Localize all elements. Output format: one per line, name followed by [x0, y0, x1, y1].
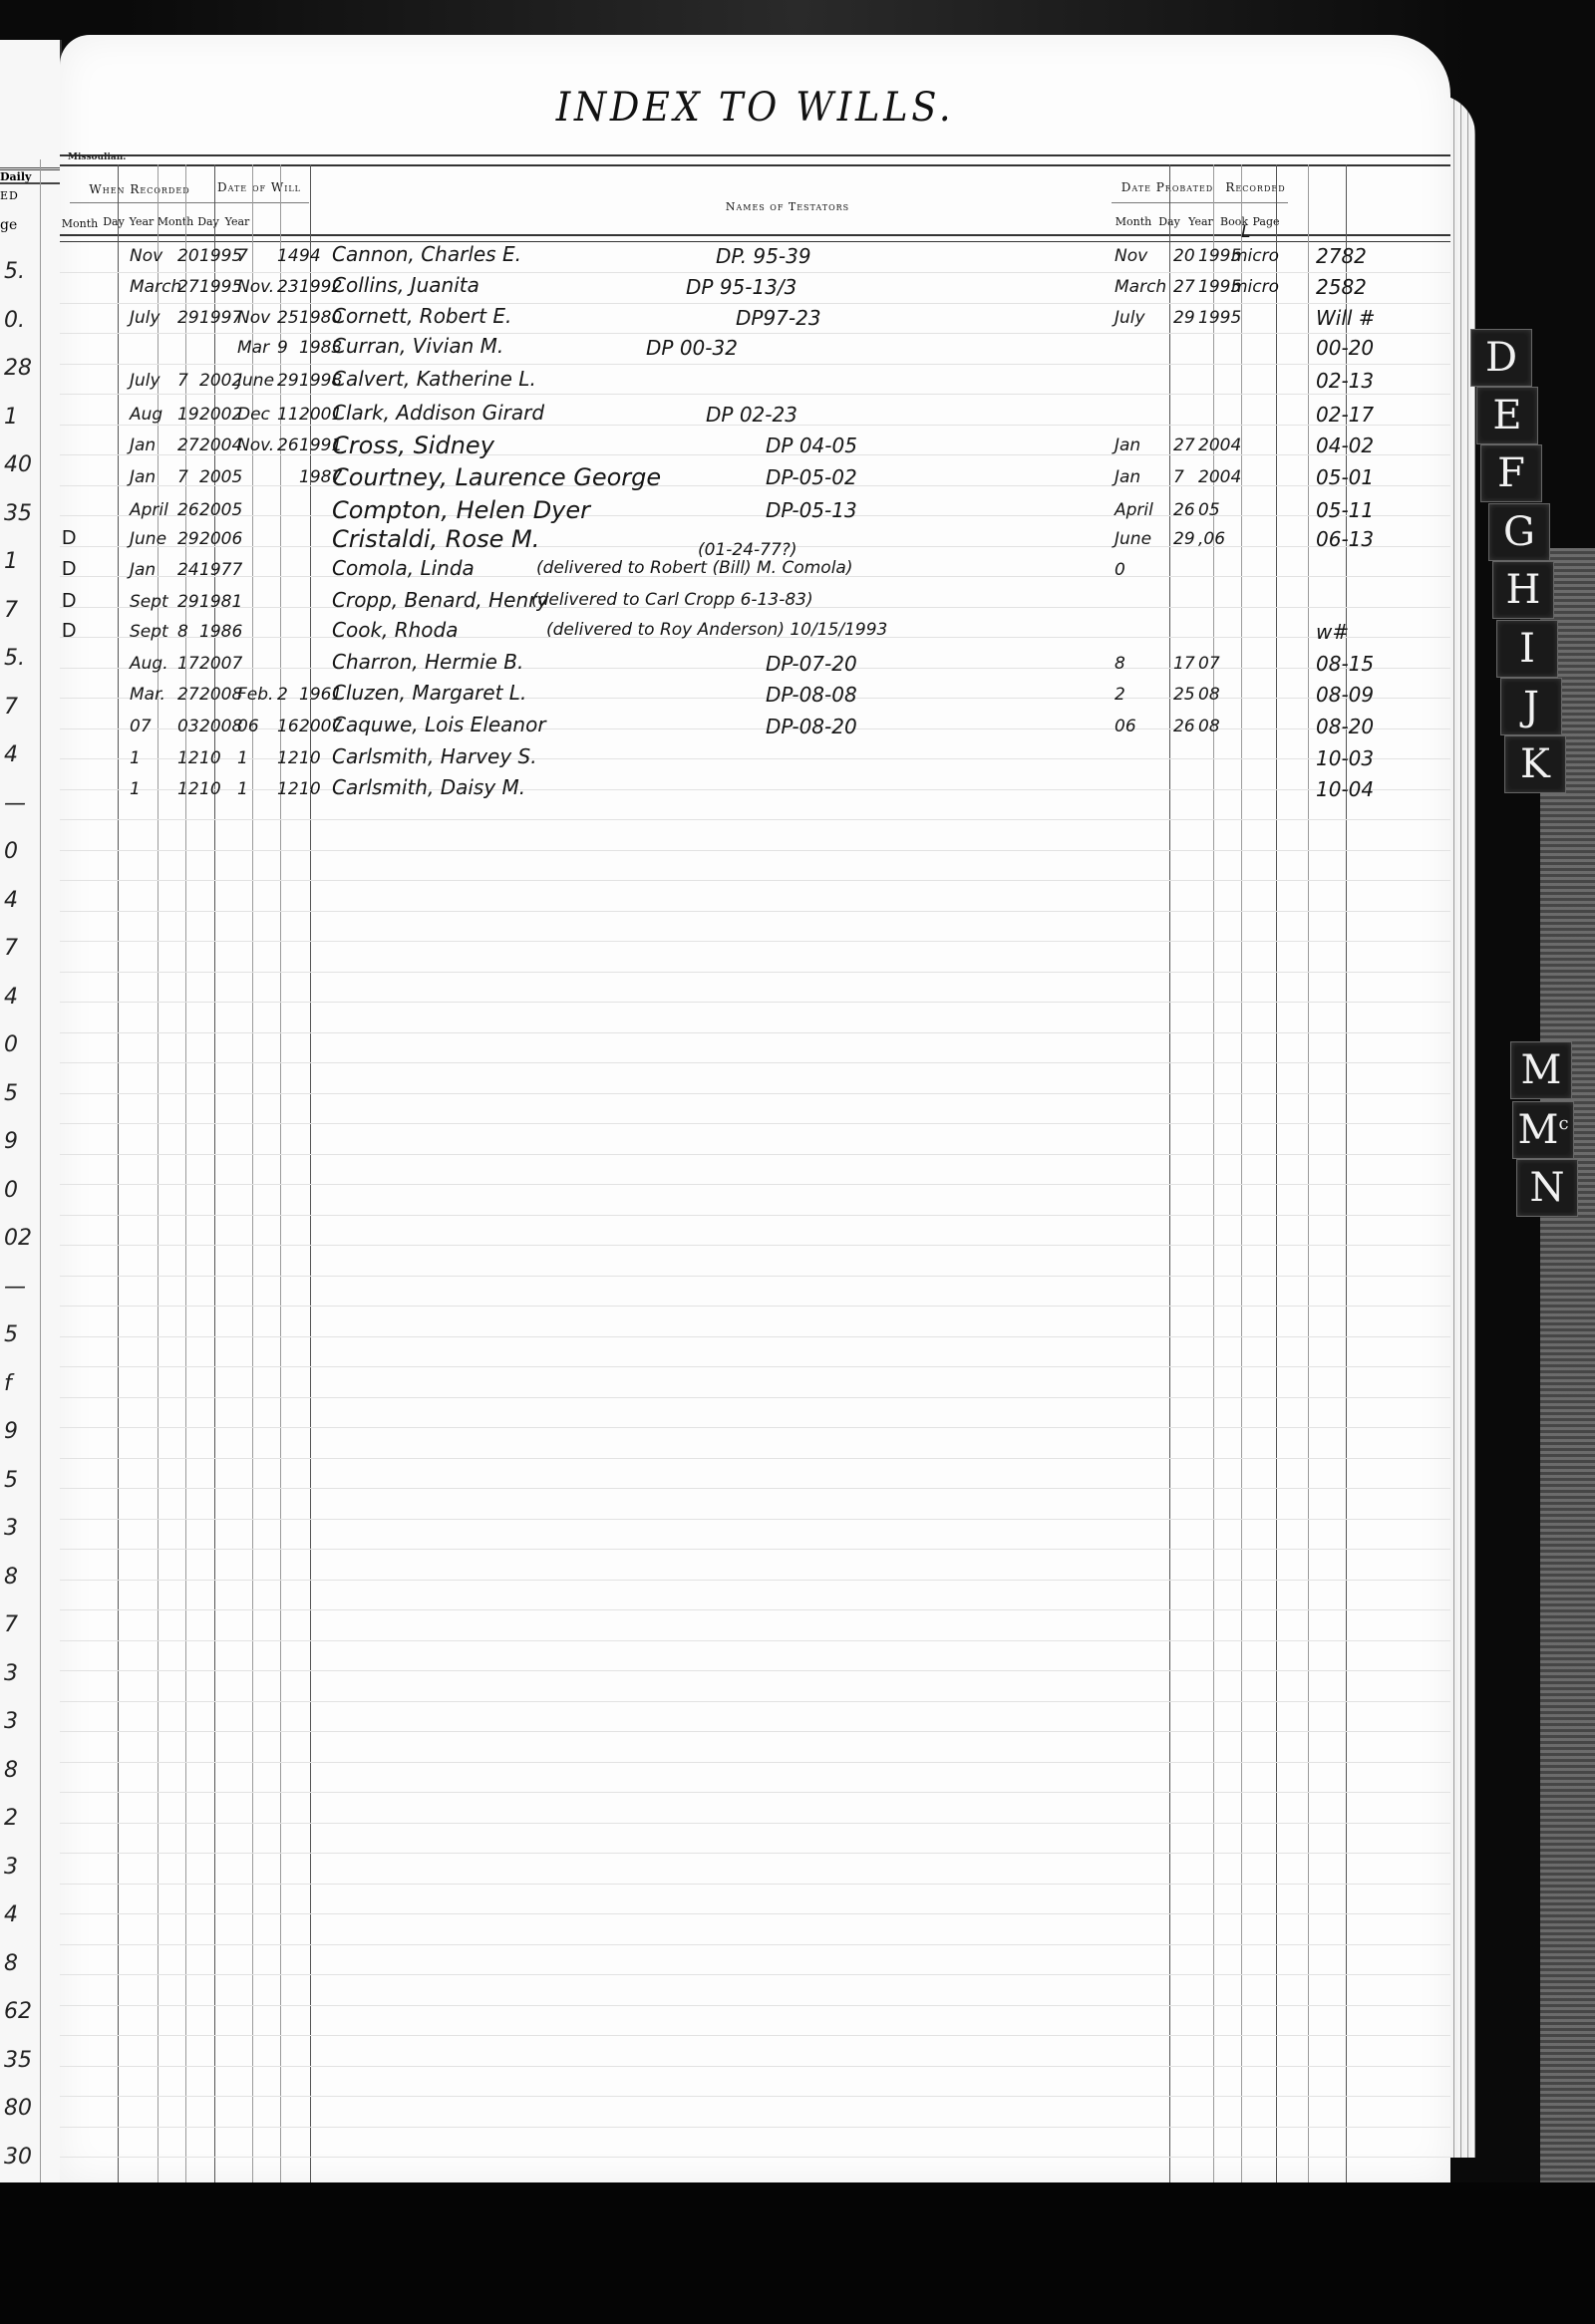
ruled-line [60, 1974, 1450, 1975]
margin-number: 40 [4, 452, 32, 477]
will-month-cell: Dec [237, 405, 270, 425]
margin-number: f [4, 1371, 12, 1396]
index-tab-e[interactable]: E [1476, 387, 1538, 444]
rec-month-cell: Aug [130, 405, 162, 425]
header-prob-month: Month [1112, 215, 1155, 228]
ruled-line [60, 880, 1450, 881]
probate-note: DP-05-13 [766, 498, 857, 522]
ruled-line [60, 2157, 1450, 2158]
recorded-page-cell: 08-15 [1316, 652, 1374, 676]
margin-number: — [4, 791, 26, 816]
testator-name: Cook, Rhoda [332, 618, 459, 642]
disposed-marker: D [62, 590, 76, 613]
probate-note: DP 00-32 [646, 336, 738, 360]
ruled-line [60, 1123, 1450, 1124]
rec-month-cell: June [130, 529, 166, 549]
header-recorded: Recorded [1223, 180, 1288, 194]
rec-month-cell: 1 [130, 748, 141, 768]
ruled-line [60, 1944, 1450, 1945]
rec-year-cell: 1981 [199, 592, 242, 612]
index-tab-g[interactable]: G [1488, 503, 1550, 561]
will-day-cell: 25 [277, 308, 299, 328]
testator-name: Courtney, Laurence George [332, 463, 661, 491]
will-day-cell: 2 [277, 685, 288, 705]
will-year-cell: 94 [299, 246, 321, 266]
margin-number: 02 [4, 1226, 32, 1251]
testator-name: Comola, Linda [332, 556, 475, 580]
margin-number: 35 [4, 2048, 32, 2073]
testator-name: Clark, Addison Girard [332, 401, 544, 425]
margin-number: 4 [4, 985, 18, 1010]
ruled-line [60, 789, 1450, 790]
ruled-line [60, 850, 1450, 851]
rec-month-cell: Sept [130, 622, 168, 642]
margin-number: 30 [4, 2145, 32, 2170]
will-year-cell: 10 [299, 748, 321, 768]
testator-name: Caquwe, Lois Eleanor [332, 713, 546, 736]
prob-year-cell: 07 [1198, 654, 1220, 674]
rec-year-cell: 2006 [199, 529, 242, 549]
column-rule [1308, 164, 1309, 2187]
prob-year-cell: 2004 [1198, 467, 1241, 487]
rec-month-cell: Jan [130, 560, 156, 580]
ruled-line [60, 1002, 1450, 1003]
margin-number: 5 [4, 1322, 18, 1347]
rec-year-cell: 2002 [199, 371, 242, 391]
ruled-line [60, 728, 1450, 729]
will-month-cell: Nov [237, 308, 270, 328]
ruled-line [60, 2096, 1450, 2097]
margin-number: 62 [4, 1999, 32, 2024]
ruled-line [60, 1154, 1450, 1155]
prob-month-cell: Nov [1115, 246, 1147, 266]
will-month-cell: 06 [237, 717, 259, 736]
recorded-page-cell: 05-11 [1316, 498, 1374, 522]
will-day-cell: 29 [277, 371, 299, 391]
margin-number: 9 [4, 1419, 18, 1444]
rec-year-cell: 1995 [199, 277, 242, 297]
index-tab-n[interactable]: N [1516, 1159, 1578, 1217]
ruled-line [60, 1762, 1450, 1763]
recorded-page-cell: 02-17 [1316, 403, 1374, 427]
rec-day-cell: 19 [177, 405, 199, 425]
recorded-page-cell: w# [1316, 620, 1349, 644]
ruled-line [60, 1580, 1450, 1581]
ruled-line [60, 2066, 1450, 2067]
prob-month-cell: 2 [1115, 685, 1125, 705]
probate-note: DP 02-23 [706, 403, 797, 427]
testator-name: Cristaldi, Rose M. [332, 525, 539, 553]
rec-month-cell: July [130, 308, 160, 328]
disposed-marker: D [62, 527, 76, 550]
rec-month-cell: July [130, 371, 160, 391]
rec-month-cell: Nov [130, 246, 162, 266]
ruled-line [60, 1427, 1450, 1428]
rec-day-cell: 29 [177, 308, 199, 328]
column-rule [118, 164, 119, 2187]
ruled-line [60, 941, 1450, 942]
rec-day-cell: 12 [177, 748, 199, 768]
rec-year-cell: 2004 [199, 436, 242, 455]
will-month-cell: June [237, 371, 274, 391]
margin-number: 5. [4, 259, 25, 284]
header-will-year: Year [222, 215, 252, 228]
rec-year-cell: 2008 [199, 717, 242, 736]
ruled-line [60, 1215, 1450, 1216]
margin-number: 3 [4, 1516, 18, 1541]
page-title: INDEX TO WILLS. [116, 85, 1395, 131]
testator-name: Carlsmith, Daisy M. [332, 775, 525, 799]
recorded-page-cell: 05-01 [1316, 465, 1374, 489]
column-rule [1276, 164, 1277, 2187]
prob-day-cell: 26 [1173, 717, 1195, 736]
ruled-line [60, 1823, 1450, 1824]
index-tab-i[interactable]: I [1496, 620, 1558, 678]
ruled-line [60, 819, 1450, 820]
recorded-page-cell: 00-20 [1316, 336, 1374, 360]
rec-day-cell: 27 [177, 277, 199, 297]
prob-day-cell: 27 [1173, 436, 1195, 455]
margin-number: 1 [4, 549, 18, 574]
disposed-marker: D [62, 558, 76, 581]
prob-day-cell: 20 [1173, 246, 1195, 266]
left-page-header-daily: Daily [0, 167, 60, 184]
ruled-line [60, 1184, 1450, 1185]
margin-number: 0. [4, 308, 25, 333]
rec-month-cell: 07 [130, 717, 152, 736]
recorded-page-cell: 10-04 [1316, 777, 1374, 801]
book-cell: micro [1231, 277, 1279, 297]
ruled-line [60, 1913, 1450, 1914]
rec-month-cell: March [130, 277, 181, 297]
prob-day-cell: 7 [1173, 467, 1184, 487]
prob-month-cell: Jan [1115, 436, 1140, 455]
probate-note: DP. 95-39 [716, 244, 811, 268]
recorded-page-cell: Will # [1316, 306, 1376, 330]
column-rule [252, 164, 253, 2187]
rec-day-cell: 24 [177, 560, 199, 580]
ruled-line [60, 1458, 1450, 1459]
testator-name: Collins, Juanita [332, 273, 479, 297]
index-tab-f[interactable]: F [1480, 444, 1542, 502]
ruled-line [60, 2035, 1450, 2036]
disposed-marker: D [62, 620, 76, 643]
prob-month-cell: April [1115, 500, 1153, 520]
column-rule [158, 164, 159, 2187]
will-month-cell: 1 [237, 779, 248, 799]
margin-number: 2 [4, 1806, 18, 1831]
prob-year-cell: ,06 [1198, 529, 1225, 549]
margin-number: 3 [4, 1855, 18, 1880]
will-month-cell: Nov. [237, 436, 274, 455]
margin-number: 7 [4, 936, 18, 961]
rec-month-cell: Jan [130, 467, 156, 487]
ruled-line [60, 2005, 1450, 2006]
rec-day-cell: 12 [177, 779, 199, 799]
probate-note: DP-08-08 [766, 683, 857, 707]
rec-year-cell: 2007 [199, 654, 242, 674]
prob-month-cell: 06 [1115, 717, 1136, 736]
margin-number: 5 [4, 1081, 18, 1106]
ruled-line [60, 1306, 1450, 1307]
book-column-mark: L [1241, 222, 1250, 242]
header-rec-year: Year [128, 215, 156, 228]
rec-year-cell: 10 [199, 779, 221, 799]
margin-number: — [4, 1275, 26, 1300]
will-day-cell: 14 [277, 246, 299, 266]
margin-number: 0 [4, 1032, 18, 1057]
prob-month-cell: June [1115, 529, 1151, 549]
rec-year-cell: 2005 [199, 500, 242, 520]
prob-month-cell: 8 [1115, 654, 1125, 674]
ruled-line [60, 1397, 1450, 1398]
ruled-line [60, 1366, 1450, 1367]
probate-note: (delivered to Carl Cropp 6-13-83) [531, 590, 813, 610]
prob-day-cell: 29 [1173, 308, 1195, 328]
ruled-line [60, 1884, 1450, 1885]
rec-year-cell: 2008 [199, 685, 242, 705]
recorded-page-cell: 06-13 [1316, 527, 1374, 551]
margin-number: 0 [4, 1178, 18, 1203]
ruled-line [60, 1549, 1450, 1550]
index-tab-mc[interactable]: Mc [1512, 1101, 1574, 1159]
left-page-header-page: ge [0, 217, 17, 233]
index-tab-h[interactable]: H [1492, 561, 1554, 619]
probate-note-above: (01-24-77?) [698, 540, 797, 560]
ruled-line [60, 485, 1450, 486]
will-month-cell: 1 [237, 748, 248, 768]
prob-year-cell: 1995 [1198, 308, 1241, 328]
index-tab-k[interactable]: K [1504, 735, 1566, 793]
rec-year-cell: 1977 [199, 560, 242, 580]
ruled-line [60, 515, 1450, 516]
margin-number: 7 [4, 1612, 18, 1637]
will-day-cell: 23 [277, 277, 299, 297]
margin-number: 7 [4, 598, 18, 623]
will-day-cell: 16 [277, 717, 299, 736]
rec-day-cell: 7 [177, 371, 188, 391]
testator-name: Cannon, Charles E. [332, 242, 521, 266]
index-tab-j[interactable]: J [1500, 678, 1562, 735]
rec-day-cell: 20 [177, 246, 199, 266]
ruled-line [60, 911, 1450, 912]
rec-day-cell: 27 [177, 685, 199, 705]
ruled-line [60, 1032, 1450, 1033]
ruled-line [60, 303, 1450, 304]
recorded-page-cell: 10-03 [1316, 746, 1374, 770]
prob-day-cell: 27 [1173, 277, 1195, 297]
recorded-page-cell: 08-09 [1316, 683, 1374, 707]
will-month-cell: Mar [237, 338, 269, 358]
margin-number: 3 [4, 1709, 18, 1734]
ruled-line [60, 1488, 1450, 1489]
ruled-line [60, 1276, 1450, 1277]
margin-number: 28 [4, 356, 32, 381]
header-rec-month: Month [60, 217, 100, 230]
ruled-line [60, 1670, 1450, 1671]
header-rec-day: Day [100, 215, 128, 228]
testator-name: Cluzen, Margaret L. [332, 681, 526, 705]
rec-month-cell: Jan [130, 436, 156, 455]
ruled-line [60, 1701, 1450, 1702]
margin-number: 4 [4, 1902, 18, 1927]
index-tab-d[interactable]: D [1470, 329, 1532, 387]
header-sub-rule-left [70, 202, 309, 203]
newspaper-stamp: Missoulian. [68, 152, 126, 162]
ruled-line [60, 1245, 1450, 1246]
ruled-line [60, 1792, 1450, 1793]
left-page-edge: Daily ED ge 5.0.2814035175.74—0474059002… [0, 40, 62, 2202]
column-rule [280, 164, 281, 2187]
book-cell: micro [1231, 246, 1279, 266]
ruled-line [60, 1336, 1450, 1337]
will-day-cell: 11 [277, 405, 299, 425]
rec-year-cell: 2005 [199, 467, 242, 487]
index-tab-m[interactable]: M [1510, 1041, 1572, 1099]
probate-note: DP-08-20 [766, 715, 857, 738]
rec-day-cell: 7 [177, 467, 188, 487]
rec-day-cell: 29 [177, 529, 199, 549]
testator-name: Cornett, Robert E. [332, 304, 511, 328]
will-day-cell: 12 [277, 748, 299, 768]
probate-note: (delivered to Roy Anderson) 10/15/1993 [546, 620, 887, 640]
rec-day-cell: 29 [177, 592, 199, 612]
recorded-page-cell: 2782 [1316, 244, 1367, 268]
header-date-probated: Date Probated [1112, 180, 1223, 194]
header-will-month: Month [157, 215, 194, 228]
will-month-cell: Feb. [237, 685, 273, 705]
margin-number: 8 [4, 1951, 18, 1976]
rec-month-cell: Aug. [130, 654, 168, 674]
margin-number: 5. [4, 646, 25, 671]
prob-day-cell: 29 [1173, 529, 1195, 549]
probate-note: DP97-23 [736, 306, 821, 330]
margin-number: 80 [4, 2096, 32, 2121]
left-page-column-line [40, 159, 41, 2202]
prob-year-cell: 08 [1198, 685, 1220, 705]
ruled-line [60, 1640, 1450, 1641]
ruled-line [60, 1853, 1450, 1854]
ruled-line [60, 1731, 1450, 1732]
header-page: Page [1250, 215, 1282, 228]
probate-note: (delivered to Robert (Bill) M. Comola) [536, 558, 852, 578]
margin-number: 8 [4, 1758, 18, 1783]
rec-day-cell: 8 [177, 622, 188, 642]
header-will-day: Day [194, 215, 222, 228]
prob-month-cell: Jan [1115, 467, 1140, 487]
recorded-page-cell: 08-20 [1316, 715, 1374, 738]
dark-surface-bottom [0, 2182, 1595, 2324]
ruled-line [60, 758, 1450, 759]
testator-name: Charron, Hermie B. [332, 650, 523, 674]
prob-month-cell: 0 [1115, 560, 1125, 580]
testator-name: Curran, Vivian M. [332, 334, 503, 358]
rec-month-cell: April [130, 500, 168, 520]
margin-number: 9 [4, 1129, 18, 1154]
ruled-line [60, 364, 1450, 365]
ruled-line [60, 668, 1450, 669]
header-sub-rule-right [1112, 202, 1288, 203]
testator-name: Compton, Helen Dyer [332, 496, 590, 524]
will-day-cell: 12 [277, 779, 299, 799]
will-day-cell: 9 [277, 338, 288, 358]
prob-year-cell: 08 [1198, 717, 1220, 736]
ledger-page: INDEX TO WILLS. Missoulian. When Recorde… [60, 35, 1450, 2182]
rec-year-cell: 2002 [199, 405, 242, 425]
ruled-line [60, 1062, 1450, 1063]
prob-year-cell: 05 [1198, 500, 1220, 520]
rec-year-cell: 1995 [199, 246, 242, 266]
testator-name: Carlsmith, Harvey S. [332, 744, 537, 768]
probate-note: DP-05-02 [766, 465, 857, 489]
prob-year-cell: 2004 [1198, 436, 1241, 455]
rec-year-cell: 1986 [199, 622, 242, 642]
prob-day-cell: 26 [1173, 500, 1195, 520]
ruled-line [60, 1609, 1450, 1610]
ruled-line [60, 972, 1450, 973]
ruled-line [60, 333, 1450, 334]
rec-month-cell: Sept [130, 592, 168, 612]
margin-number: 3 [4, 1661, 18, 1686]
alphabet-index-tabs: DEFGHIJKMMcN [1470, 329, 1595, 1325]
ruled-line [60, 272, 1450, 273]
ruled-line [60, 1519, 1450, 1520]
margin-number: 7 [4, 695, 18, 720]
probate-note: DP-07-20 [766, 652, 857, 676]
prob-month-cell: March [1115, 277, 1166, 297]
will-month-cell: 7 [237, 246, 248, 266]
ruled-line [60, 1093, 1450, 1094]
rec-year-cell: 1997 [199, 308, 242, 328]
rec-month-cell: 1 [130, 779, 141, 799]
probate-note: DP 95-13/3 [686, 275, 797, 299]
rec-day-cell: 17 [177, 654, 199, 674]
rec-day-cell: 03 [177, 717, 199, 736]
margin-number: 35 [4, 501, 32, 526]
recorded-page-cell: 2582 [1316, 275, 1367, 299]
header-date-of-will: Date of Will [209, 180, 309, 194]
testator-name: Calvert, Katherine L. [332, 367, 536, 391]
rec-day-cell: 27 [177, 436, 199, 455]
margin-number: 4 [4, 888, 18, 913]
left-page-header-recorded: ED [0, 189, 19, 202]
rec-year-cell: 10 [199, 748, 221, 768]
ruled-line [60, 2127, 1450, 2128]
column-rule [1169, 164, 1170, 2187]
recorded-page-cell: 04-02 [1316, 434, 1374, 457]
prob-day-cell: 17 [1173, 654, 1195, 674]
testator-name: Cropp, Benard, Henry [332, 588, 548, 612]
will-year-cell: 10 [299, 779, 321, 799]
margin-number: 0 [4, 839, 18, 864]
prob-day-cell: 25 [1173, 685, 1195, 705]
header-when-recorded: When Recorded [70, 182, 209, 196]
testator-name: Cross, Sidney [332, 432, 494, 459]
margin-number: 8 [4, 1565, 18, 1590]
margin-number: 5 [4, 1468, 18, 1493]
rec-day-cell: 26 [177, 500, 199, 520]
ruled-line [60, 394, 1450, 395]
recorded-page-cell: 02-13 [1316, 369, 1374, 393]
will-month-cell: Nov. [237, 277, 274, 297]
rec-month-cell: Mar. [130, 685, 165, 705]
margin-number: 1 [4, 405, 18, 430]
margin-number: 4 [4, 742, 18, 767]
probate-note: DP 04-05 [766, 434, 857, 457]
prob-month-cell: July [1115, 308, 1145, 328]
will-day-cell: 26 [277, 436, 299, 455]
